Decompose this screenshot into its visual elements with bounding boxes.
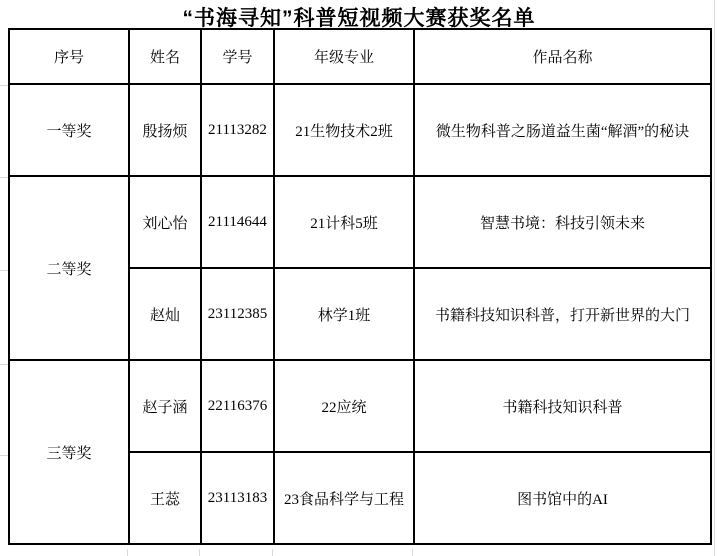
header-cell-work: 作品名称 (414, 29, 711, 84)
cell-major: 林学1班 (274, 268, 414, 360)
table-row: 三等奖 赵子涵 22116376 22应统 书籍科技知识科普 (9, 360, 711, 452)
cell-major: 21生物技术2班 (274, 84, 414, 176)
gridline-artifact (0, 85, 8, 86)
cell-major: 21计科5班 (274, 176, 414, 268)
cell-work: 微生物科普之肠道益生菌“解酒”的秘诀 (414, 84, 711, 176)
cell-work: 书籍科技知识科普 (414, 360, 711, 452)
cell-student-id: 21114644 (201, 176, 274, 268)
cell-major: 23食品科学与工程 (274, 452, 414, 544)
cell-name: 王蕊 (129, 452, 201, 544)
header-cell-name: 姓名 (129, 29, 201, 84)
cell-name: 殷扬烦 (129, 84, 201, 176)
gridline-artifact (0, 364, 8, 365)
cell-name: 赵子涵 (129, 360, 201, 452)
gridline-artifact (412, 549, 413, 556)
document-page: “书海寻知”科普短视频大赛获奖名单 序号 姓名 学号 年级专业 作品名称 一等奖… (0, 0, 718, 556)
cell-major: 22应统 (274, 360, 414, 452)
cell-student-id: 23112385 (201, 268, 274, 360)
cell-student-id: 22116376 (201, 360, 274, 452)
cell-award-second: 二等奖 (9, 176, 129, 360)
cell-work: 书籍科技知识科普，打开新世界的大门 (414, 268, 711, 360)
cell-award-first: 一等奖 (9, 84, 129, 176)
gridline-artifact (199, 549, 200, 556)
cell-name: 刘心怡 (129, 176, 201, 268)
award-table: 序号 姓名 学号 年级专业 作品名称 一等奖 殷扬烦 21113282 21生物… (8, 28, 712, 545)
cell-award-third: 三等奖 (9, 360, 129, 544)
gridline-artifact (127, 549, 128, 556)
gridline-artifact (714, 0, 715, 556)
header-cell-number: 序号 (9, 29, 129, 84)
table-row: 二等奖 刘心怡 21114644 21计科5班 智慧书境：科技引领未来 (9, 176, 711, 268)
cell-student-id: 21113282 (201, 84, 274, 176)
table-row: 一等奖 殷扬烦 21113282 21生物技术2班 微生物科普之肠道益生菌“解酒… (9, 84, 711, 176)
cell-work: 图书馆中的AI (414, 452, 711, 544)
header-cell-student-id: 学号 (201, 29, 274, 84)
cell-name: 赵灿 (129, 268, 201, 360)
gridline-artifact (0, 455, 8, 456)
cell-work: 智慧书境：科技引领未来 (414, 176, 711, 268)
gridline-artifact (0, 177, 8, 178)
gridline-artifact (0, 270, 8, 271)
header-cell-major: 年级专业 (274, 29, 414, 84)
cell-student-id: 23113183 (201, 452, 274, 544)
header-row: 序号 姓名 学号 年级专业 作品名称 (9, 29, 711, 84)
gridline-artifact (272, 549, 273, 556)
